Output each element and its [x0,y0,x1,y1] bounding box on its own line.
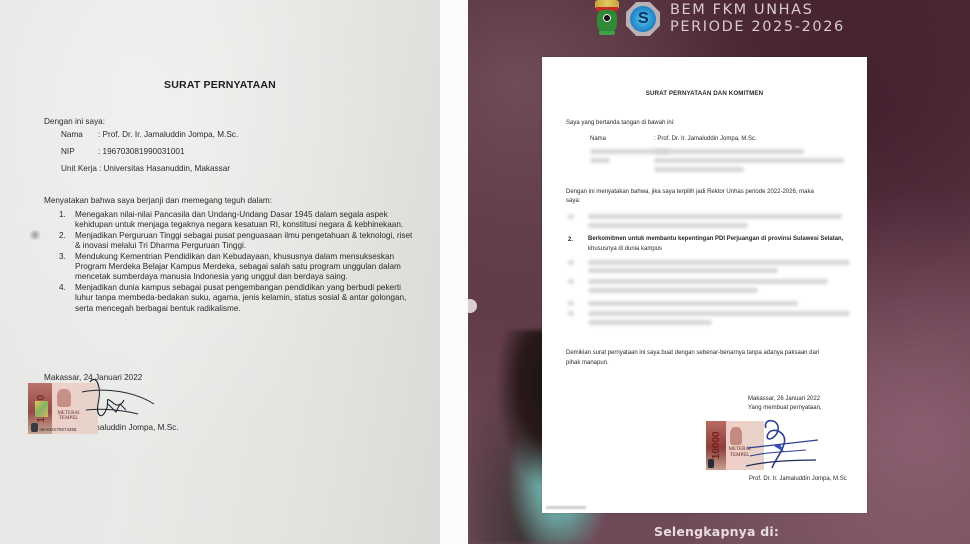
stamp-chip [708,459,714,468]
paper-smudge [28,230,42,240]
list-item: 4. Menjadikan dunia kampus sebagai pusat… [59,283,414,314]
name-label: Nama [590,135,606,144]
garuda-emblem-icon [57,389,71,407]
brand-line2: PERIODE 2025-2026 [670,19,845,36]
intro-text: Saya yang bertanda tangan di bawah ini: [566,119,675,128]
item-number: 3. [59,252,75,283]
brand-text: BEM FKM UNHAS PERIODE 2025-2026 [670,2,845,36]
hologram-icon [35,401,48,416]
redacted-line [568,311,574,316]
intro-text: Dengan ini saya: [44,117,105,126]
item2-line1: Berkomitmen untuk membantu kepentingan P… [588,235,843,244]
brand-line1: BEM FKM UNHAS [670,2,845,19]
stamp-serial: 38AMX275074458 [39,427,76,432]
item-number: 4. [59,283,75,314]
redacted-line [588,288,758,293]
closing-line2: pihak manapun. [566,359,609,368]
place-date: Makassar, 24 Januari 2022 [44,373,142,382]
field-label: NIP [61,147,98,156]
place-date: Makassar, 26 Januari 2022 [748,395,820,404]
garuda-emblem-icon [730,427,742,445]
list-item: 1. Menegakan nilai-nilai Pancasila dan U… [59,210,414,231]
redacted-line [588,223,748,228]
page-footer-mark [546,506,586,509]
item2-line2: khususnya di dunia kampus [588,245,662,254]
redacted-line [654,149,804,154]
stamp-label: METERAI TEMPEL [728,447,751,458]
stamp-label: METERAI TEMPEL [55,411,83,422]
statement-line1: Dengan ini menyatakan bahwa, jika saya t… [566,188,814,197]
redacted-line [588,214,842,219]
right-document-page: SURAT PERNYATAAN DAN KOMITMEN Saya yang … [542,57,867,513]
declaration-text: Menyatakan bahwa saya berjanji dan memeg… [44,196,272,205]
item-number: 2. [568,237,573,243]
right-document-title: SURAT PERNYATAAN DAN KOMITMEN [542,90,867,97]
field-nip: NIP : 196703081990031001 [61,147,185,156]
item-text: Mendukung Kementrian Pendidikan dan Kebu… [75,252,414,283]
item-number: 1. [59,210,75,231]
signer-name: maluddin Jompa, M.Sc. [93,423,179,432]
stamp-chip [31,423,38,432]
redacted-line [568,260,574,265]
stamp-label-line2: TEMPEL [55,416,83,422]
unhas-logo-icon [592,0,622,38]
left-document-photo: SURAT PERNYATAAN Dengan ini saya: Nama :… [0,0,440,544]
field-value: : Prof. Dr. Ir. Jamaluddin Jompa, M.Sc. [98,130,238,139]
redacted-line [568,214,574,219]
fkm-logo-icon: S [626,2,660,36]
redacted-line [654,167,744,172]
field-label: Unit Kerja [61,164,97,173]
item-text: Menjadikan Perguruan Tinggi sebagai pusa… [75,231,414,252]
name-value: : Prof. Dr. Ir. Jamaluddin Jompa, M.Sc. [654,135,757,144]
redacted-line [588,279,828,284]
field-label: Nama [61,130,98,139]
redacted-line [654,158,844,163]
image-divider [440,0,468,544]
list-item: 2. Menjadikan Perguruan Tinggi sebagai p… [59,231,414,252]
item-number: 2. [59,231,75,252]
field-nama: Nama : Prof. Dr. Ir. Jamaluddin Jompa, M… [61,130,238,139]
meterai-stamp-right: 10000 METERAI TEMPEL [706,421,764,470]
redacted-line [588,301,798,306]
statement-line2: saya: [566,197,580,206]
brand-header: S BEM FKM UNHAS PERIODE 2025-2026 [592,0,845,38]
signer-name: Prof. Dr. Ir. Jamaluddin Jompa, M.Sc [749,475,847,484]
item-text: Menjadikan dunia kampus sebagai pusat pe… [75,283,414,314]
redacted-line [588,260,850,265]
field-value: : Universitas Hasanuddin, Makassar [99,164,230,173]
closing-line1: Demikian surat pernyataan ini saya buat … [566,349,819,358]
list-item: 3. Mendukung Kementrian Pendidikan dan K… [59,252,414,283]
field-unit-kerja: Unit Kerja : Universitas Hasanuddin, Mak… [61,164,230,173]
commitment-list: 1. Menegakan nilai-nilai Pancasila dan U… [59,210,414,314]
left-document-title: SURAT PERNYATAAN [0,79,440,91]
field-value: : 196703081990031001 [98,147,185,156]
redacted-line [590,158,610,163]
read-more-label: Selengkapnya di: [654,524,779,539]
item-text: Menegakan nilai-nilai Pancasila dan Unda… [75,210,414,231]
redacted-line [568,279,574,284]
maker-label: Yang membuat pernyataan, [748,404,822,413]
stamp-label-line2: TEMPEL [728,453,751,459]
redacted-line [588,311,850,316]
redacted-line [588,268,778,273]
meterai-stamp: 10000 METERAI TEMPEL 38AMX275074458 [28,383,98,434]
redacted-line [568,301,574,306]
redacted-line [588,320,712,325]
